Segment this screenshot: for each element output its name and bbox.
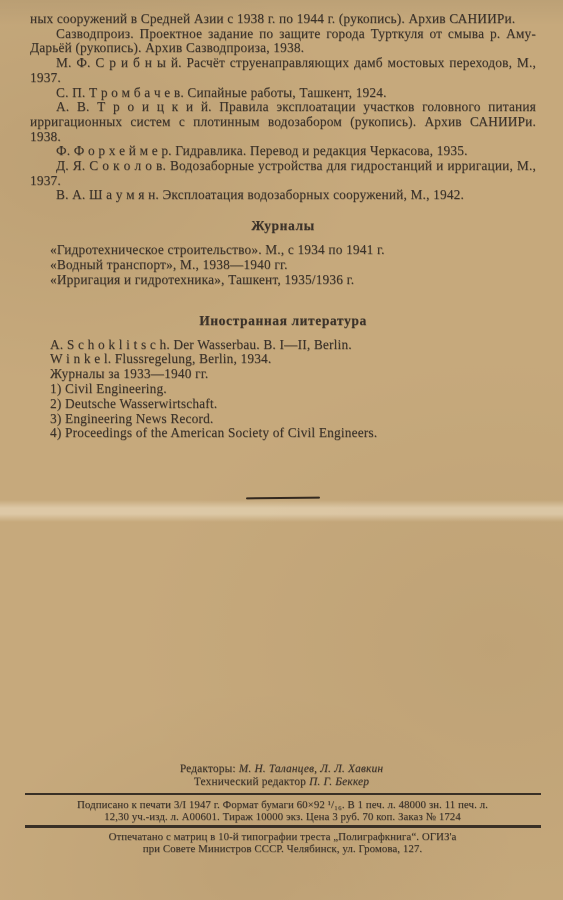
foreign-item: 3) Engineering News Record. (50, 412, 536, 427)
imprint-rule-bottom (25, 825, 541, 828)
printer-line-2: при Совете Министров СССР. Челябинск, ул… (10, 843, 555, 855)
foreign-item: 2) Deutsche Wasserwirtschaft. (50, 397, 536, 412)
bibliography-entry: ных сооружений в Средней Азии с 1938 г. … (30, 12, 536, 27)
tech-editor-label: Технический редактор (194, 776, 306, 788)
scanned-book-page: ных сооружений в Средней Азии с 1938 г. … (0, 0, 563, 900)
printer-block: Отпечатано с матриц в 10-й типографии тр… (10, 831, 555, 855)
foreign-literature-list: A. S c h o k l i t s c h. Der Wasserbau.… (30, 338, 536, 442)
editors-block: Редакторы: М. Н. Таланцев, Л. Л. Хавкин … (0, 763, 563, 789)
foreign-item: W i n k e l. Flussregelung, Berlin, 1934… (50, 352, 536, 367)
journal-item: «Гидротехническое строительство». М., с … (50, 243, 536, 258)
editors-line: Редакторы: М. Н. Таланцев, Л. Л. Хавкин (0, 763, 563, 776)
bibliography-entry: С. П. Т р о м б а ч е в. Сипайные работы… (30, 86, 536, 101)
tech-editor-line: Технический редактор П. Г. Беккер (0, 776, 563, 789)
foreign-item: Журналы за 1933—1940 гг. (50, 367, 536, 382)
section-divider (246, 497, 320, 500)
bibliography-entry: А. В. Т р о и ц к и й. Правила эксплоата… (30, 100, 536, 144)
bibliography-section: ных сооружений в Средней Азии с 1938 г. … (30, 12, 536, 441)
bibliography-entry: Д. Я. С о к о л о в. Водозаборные устрой… (30, 159, 536, 188)
foreign-item: 4) Proceedings of the American Society o… (50, 426, 536, 441)
journals-list: «Гидротехническое строительство». М., с … (30, 243, 536, 287)
bibliography-entry: Ф. Ф о р х е й м е р. Гидравлика. Перево… (30, 144, 536, 159)
imprint-line-2: 12,30 уч.-изд. л. А00601. Тираж 10000 эк… (10, 811, 555, 823)
printer-line-1: Отпечатано с матриц в 10-й типографии тр… (10, 831, 555, 843)
foreign-item: 1) Civil Engineering. (50, 382, 536, 397)
imprint-line-1: Подписано к печати 3/I 1947 г. Формат бу… (10, 799, 555, 811)
foreign-item: A. S c h o k l i t s c h. Der Wasserbau.… (50, 338, 536, 353)
bibliography-entry: Сазводпроиз. Проектное задание по защите… (30, 27, 536, 56)
imprint-rule-top (25, 793, 541, 795)
journal-item: «Ирригация и гидротехника», Ташкент, 193… (50, 273, 536, 288)
imprint-block: Подписано к печати 3/I 1947 г. Формат бу… (10, 799, 555, 823)
journal-item: «Водный транспорт», М., 1938—1940 гг. (50, 258, 536, 273)
foreign-literature-heading: Иностранная литература (30, 313, 536, 329)
editors-label: Редакторы: (180, 763, 236, 775)
bibliography-entry: В. А. Ш а у м я н. Эксплоатация водозабо… (30, 188, 536, 203)
tech-editor-name: П. Г. Беккер (309, 776, 369, 788)
journals-heading: Журналы (30, 218, 536, 234)
bibliography-entry: М. Ф. С р и б н ы й. Расчёт струенаправл… (30, 56, 536, 85)
editors-names: М. Н. Таланцев, Л. Л. Хавкин (239, 763, 383, 775)
